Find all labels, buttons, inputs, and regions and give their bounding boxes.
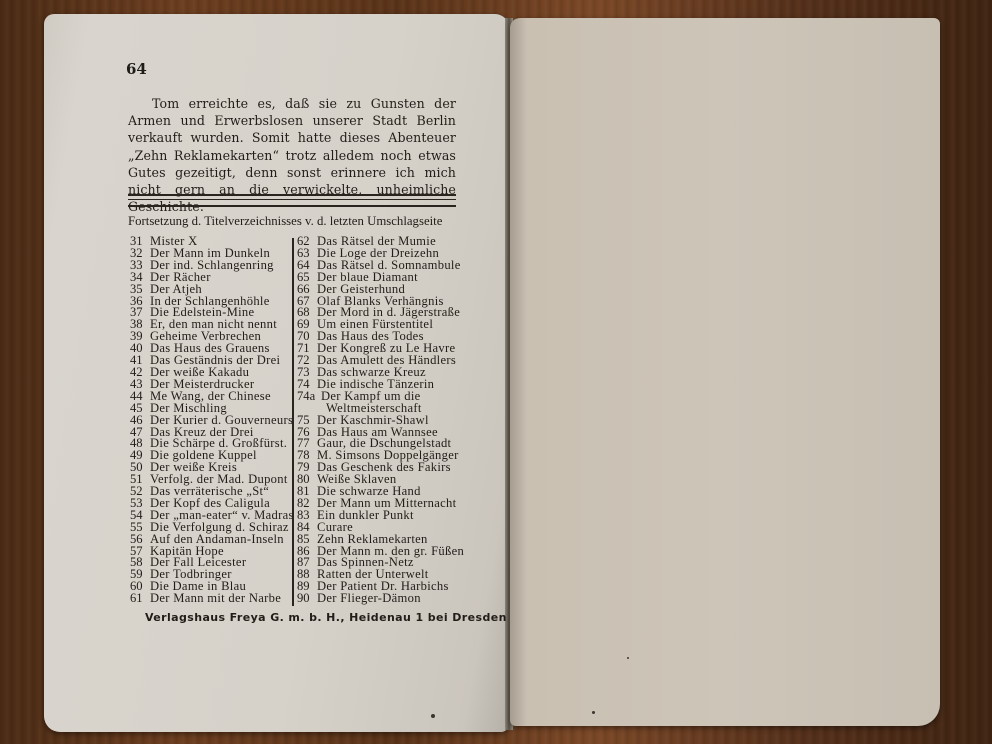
publisher-imprint: Verlagshaus Freya G. m. b. H., Heidenau … bbox=[145, 611, 465, 624]
column-divider bbox=[292, 238, 294, 606]
entry-number: 90 bbox=[297, 593, 317, 605]
right-page-blank bbox=[510, 18, 940, 726]
paper-blemish bbox=[592, 711, 595, 714]
entry-title: Der Mann mit der Narbe bbox=[150, 593, 281, 605]
title-list-heading: Fortsetzung d. Titelverzeichnisses v. d.… bbox=[128, 214, 468, 229]
entry-number: 74a bbox=[297, 391, 321, 403]
entry-number: 61 bbox=[130, 593, 150, 605]
paper-blemish bbox=[627, 657, 629, 659]
paper-blemish bbox=[431, 714, 435, 718]
double-rule-divider bbox=[128, 194, 456, 207]
entry-title: Der Flieger-Dämon bbox=[317, 593, 421, 605]
title-list-left-column: 31Mister X32Der Mann im Dunkeln33Der ind… bbox=[130, 236, 290, 605]
page-number: 64 bbox=[126, 60, 147, 78]
title-list-right-column: 62Das Rätsel der Mumie63Die Loge der Dre… bbox=[297, 236, 467, 605]
title-list-entry: 61Der Mann mit der Narbe bbox=[130, 593, 290, 605]
title-list-entry: 90Der Flieger-Dämon bbox=[297, 593, 467, 605]
